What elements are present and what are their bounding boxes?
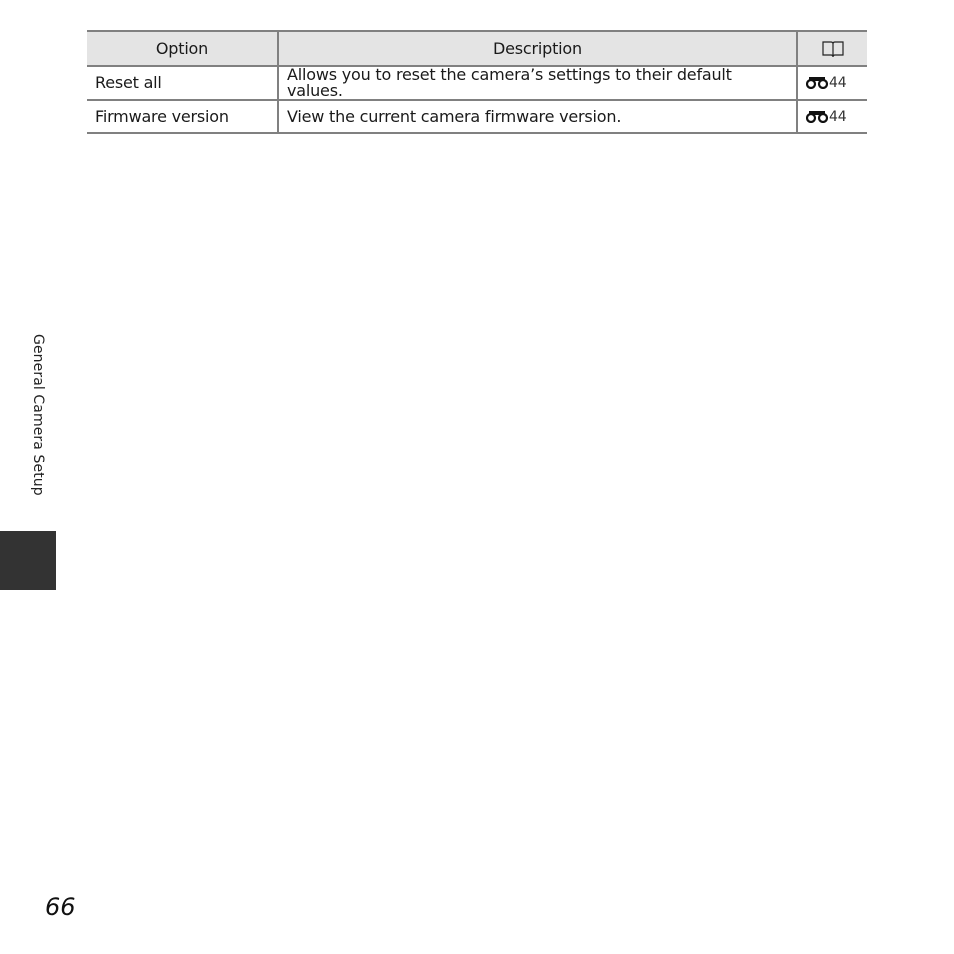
table-header-row: Option Description <box>87 31 867 66</box>
section-tab-marker <box>0 531 56 590</box>
reference-page: 44 <box>829 109 846 125</box>
book-icon <box>822 40 844 58</box>
header-option: Option <box>87 31 278 66</box>
options-table: Option Description Reset all Allows you … <box>87 30 867 134</box>
header-description: Description <box>278 31 797 66</box>
description-cell: View the current camera firmware version… <box>278 100 797 133</box>
reference-cell[interactable]: 44 <box>797 66 867 100</box>
table-row: Reset all Allows you to reset the camera… <box>87 66 867 100</box>
reference-cell[interactable]: 44 <box>797 100 867 133</box>
option-cell: Firmware version <box>87 100 278 133</box>
table-row: Firmware version View the current camera… <box>87 100 867 133</box>
header-reference <box>797 31 867 66</box>
option-cell: Reset all <box>87 66 278 100</box>
binoculars-icon <box>806 110 828 123</box>
description-cell: Allows you to reset the camera’s setting… <box>278 66 797 100</box>
page-number: 66 <box>45 893 76 921</box>
reference-page: 44 <box>829 75 846 91</box>
section-side-label: General Camera Setup <box>30 334 46 496</box>
binoculars-icon <box>806 76 828 89</box>
